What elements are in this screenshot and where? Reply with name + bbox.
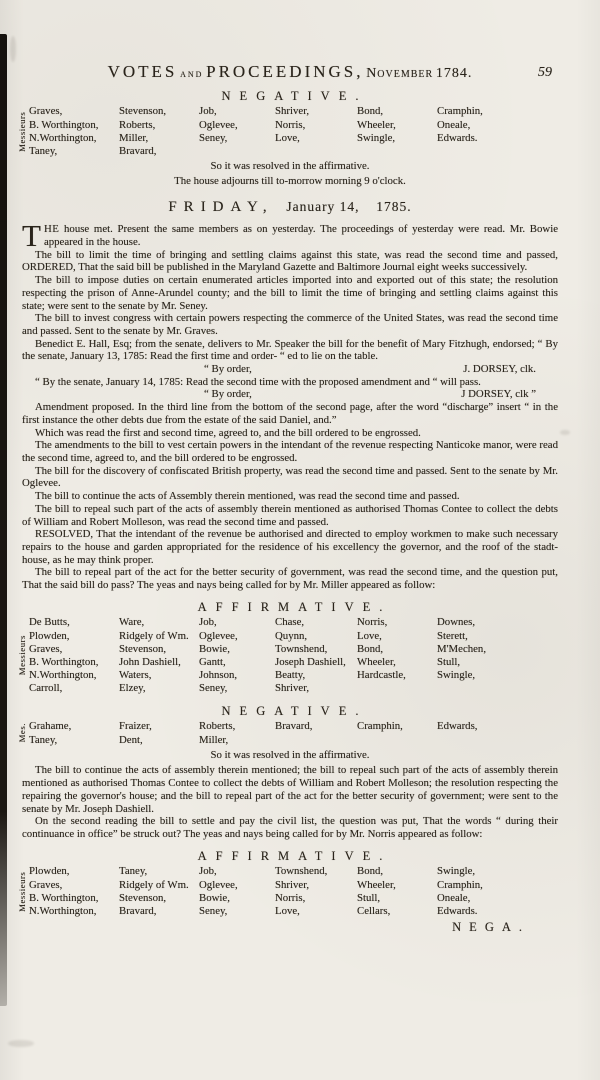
member-name: De Butts,	[29, 616, 117, 629]
page-number: 59	[538, 67, 552, 80]
day-heading: FRIDAY, January 14, 1785.	[22, 201, 558, 215]
member-name: Cramphin,	[437, 105, 558, 118]
member-name: Norris,	[357, 616, 435, 629]
member-name: Wheeler,	[357, 119, 435, 132]
clerk-signature: J DORSEY, clk ”	[461, 388, 536, 401]
member-name: Stevenson,	[119, 105, 197, 118]
member-name: Stull,	[437, 656, 558, 669]
by-order-label: “ By order,	[204, 363, 252, 376]
member-name: Townshend,	[275, 643, 355, 656]
member-name: Norris,	[275, 119, 355, 132]
member-name: Joseph Dashiell,	[275, 656, 355, 669]
paragraph: The bill to continue the acts of Assembl…	[22, 490, 558, 503]
member-name: Waters,	[119, 669, 197, 682]
running-head-and: and	[180, 68, 203, 80]
member-name: Job,	[199, 616, 273, 629]
vote-grid: Grahame,Fraizer,Roberts,Bravard,Cramphin…	[29, 720, 558, 746]
member-name: Oglevee,	[199, 879, 273, 892]
member-name: Johnson,	[199, 669, 273, 682]
member-name	[357, 734, 435, 747]
member-name: Seney,	[199, 905, 273, 918]
resolution-result: So it was resolved in the affirmative.	[22, 749, 558, 762]
member-name: Edwards,	[437, 720, 558, 733]
vote-table-affirmative-1: Messieurs De Butts,Ware,Job,Chase,Norris…	[16, 616, 558, 695]
member-name: Gantt,	[199, 656, 273, 669]
paragraph: “ By the senate, January 14, 1785: Read …	[22, 376, 558, 389]
paragraph: The bill to invest congress with certain…	[22, 312, 558, 337]
vote-table-negative-2: Mes. Grahame,Fraizer,Roberts,Bravard,Cra…	[16, 720, 558, 746]
member-name: Cellars,	[357, 905, 435, 918]
vote-table-affirmative-2: Messieurs Plowden,Taney,Job,Townshend,Bo…	[16, 865, 558, 918]
paragraph: The bill for the discovery of confiscate…	[22, 465, 558, 490]
member-name: Sterett,	[437, 630, 558, 643]
scanned-document-page: VOTES and PROCEEDINGS, November 1784. 59…	[0, 0, 600, 1080]
paragraph: The bill to limit the time of bringing a…	[22, 249, 558, 274]
member-name: Bravard,	[119, 905, 197, 918]
member-name: Graves,	[29, 879, 117, 892]
member-name: Edwards.	[437, 905, 558, 918]
paragraph: The bill to continue the acts of assembl…	[22, 764, 558, 815]
by-order-line: “ By order, J. DORSEY, clk.	[22, 363, 558, 376]
member-name: Wheeler,	[357, 879, 435, 892]
member-name: John Dashiell,	[119, 656, 197, 669]
member-name	[199, 145, 273, 158]
running-head-proceedings: PROCEEDINGS,	[206, 62, 363, 81]
vote-grid: Plowden,Taney,Job,Townshend,Bond,Swingle…	[29, 865, 558, 918]
member-name: M'Mechen,	[437, 643, 558, 656]
section-heading-affirmative: AFFIRMATIVE.	[22, 601, 558, 614]
running-head-month: November	[366, 66, 433, 81]
paragraph: The bill to impose duties on certain enu…	[22, 274, 558, 312]
paragraph: The bill to repeal part of the act for t…	[22, 566, 558, 591]
section-heading-negative: NEGATIVE.	[22, 705, 558, 718]
member-name	[437, 682, 558, 695]
member-name: Graves,	[29, 105, 117, 118]
member-name: Stevenson,	[119, 643, 197, 656]
member-name: Roberts,	[199, 720, 273, 733]
member-name: Job,	[199, 865, 273, 878]
resolution-result: So it was resolved in the affirmative.	[22, 160, 558, 173]
member-name: Bravard,	[119, 145, 197, 158]
member-name: Downes,	[437, 616, 558, 629]
member-name: Taney,	[119, 865, 197, 878]
member-name: Ridgely of Wm.	[119, 879, 197, 892]
member-name	[437, 734, 558, 747]
member-name: Bond,	[357, 865, 435, 878]
member-name: Roberts,	[119, 119, 197, 132]
messieurs-label: Messieurs	[16, 616, 29, 695]
member-name: Oglevee,	[199, 630, 273, 643]
by-order-line: “ By order, J DORSEY, clk ”	[22, 388, 558, 401]
member-name: Love,	[275, 905, 355, 918]
member-name: Ridgely of Wm.	[119, 630, 197, 643]
member-name: Oglevee,	[199, 119, 273, 132]
paragraph: Which was read the first and second time…	[22, 427, 558, 440]
member-name: Elzey,	[119, 682, 197, 695]
member-name: Graves,	[29, 643, 117, 656]
running-head: VOTES and PROCEEDINGS, November 1784. 59	[22, 66, 558, 81]
paragraph: RESOLVED, That the intendant of the reve…	[22, 528, 558, 566]
clerk-signature: J. DORSEY, clk.	[463, 363, 536, 376]
section-heading-negative: NEGATIVE.	[22, 90, 558, 103]
messieurs-label: Messieurs	[16, 105, 29, 158]
member-name: B. Worthington,	[29, 656, 117, 669]
vote-grid: Graves,Stevenson,Job,Shriver,Bond,Cramph…	[29, 105, 558, 158]
member-name: Bond,	[357, 643, 435, 656]
vote-grid: De Butts,Ware,Job,Chase,Norris,Downes,Pl…	[29, 616, 558, 695]
opening-text: house met. Present the same members as o…	[44, 223, 558, 248]
member-name: Grahame,	[29, 720, 117, 733]
member-name	[275, 734, 355, 747]
member-name: Cramphin,	[357, 720, 435, 733]
member-name: Shriver,	[275, 682, 355, 695]
drop-cap: T	[22, 223, 44, 248]
paragraph-opening: THE house met. Present the same members …	[22, 223, 558, 248]
day-date: January 14,	[286, 199, 359, 214]
messieurs-label: Messieurs	[16, 865, 29, 918]
member-name: N.Worthington,	[29, 132, 117, 145]
scan-smudge	[560, 430, 570, 435]
by-order-label: “ By order,	[204, 388, 252, 401]
member-name: Hardcastle,	[357, 669, 435, 682]
member-name: Townshend,	[275, 865, 355, 878]
paragraph: The amendments to the bill to vest certa…	[22, 439, 558, 464]
member-name: Cramphin,	[437, 879, 558, 892]
member-name: Shriver,	[275, 879, 355, 892]
member-name: Bond,	[357, 105, 435, 118]
member-name: Stevenson,	[119, 892, 197, 905]
member-name: N.Worthington,	[29, 905, 117, 918]
member-name: Swingle,	[357, 132, 435, 145]
running-head-year: 1784.	[436, 66, 473, 81]
member-name: Job,	[199, 105, 273, 118]
member-name: Quynn,	[275, 630, 355, 643]
page-content: VOTES and PROCEEDINGS, November 1784. 59…	[22, 66, 558, 934]
member-name: Dent,	[119, 734, 197, 747]
member-name: B. Worthington,	[29, 892, 117, 905]
member-name: Plowden,	[29, 865, 117, 878]
member-name: Oneale,	[437, 119, 558, 132]
member-name: Love,	[275, 132, 355, 145]
member-name: Wheeler,	[357, 656, 435, 669]
member-name: Bravard,	[275, 720, 355, 733]
member-name: Seney,	[199, 132, 273, 145]
adjournment-line: The house adjourns till to-morrow mornin…	[22, 175, 558, 188]
member-name: Seney,	[199, 682, 273, 695]
member-name: Love,	[357, 630, 435, 643]
member-name: Carroll,	[29, 682, 117, 695]
member-name: Ware,	[119, 616, 197, 629]
paragraph: On the second reading the bill to settle…	[22, 815, 558, 840]
member-name: B. Worthington,	[29, 119, 117, 132]
member-name: Bowie,	[199, 643, 273, 656]
vote-table-negative-1: Messieurs Graves,Stevenson,Job,Shriver,B…	[16, 105, 558, 158]
paragraph: Benedict E. Hall, Esq; from the senate, …	[22, 338, 558, 363]
member-name: Fraizer,	[119, 720, 197, 733]
day-name: FRIDAY,	[168, 199, 273, 215]
member-name: Swingle,	[437, 865, 558, 878]
member-name	[357, 145, 435, 158]
member-name: Norris,	[275, 892, 355, 905]
member-name: Miller,	[119, 132, 197, 145]
member-name: Oneale,	[437, 892, 558, 905]
member-name	[437, 145, 558, 158]
scan-gutter-bar	[0, 34, 7, 1006]
member-name: Plowden,	[29, 630, 117, 643]
messieurs-label: Mes.	[16, 720, 29, 746]
paragraph: The bill to repeal such part of the acts…	[22, 503, 558, 528]
opening-lead: HE	[44, 223, 59, 235]
member-name: Stull,	[357, 892, 435, 905]
member-name: Edwards.	[437, 132, 558, 145]
catchword: NEGA.	[22, 921, 558, 934]
day-year: 1785.	[376, 199, 411, 214]
member-name: Taney,	[29, 734, 117, 747]
member-name: Chase,	[275, 616, 355, 629]
paragraph: Amendment proposed. In the third line fr…	[22, 401, 558, 426]
member-name: Taney,	[29, 145, 117, 158]
scan-smudge	[10, 36, 16, 62]
running-head-votes: VOTES	[108, 62, 178, 81]
member-name: Bowie,	[199, 892, 273, 905]
member-name	[275, 145, 355, 158]
section-heading-affirmative: AFFIRMATIVE.	[22, 850, 558, 863]
member-name: Swingle,	[437, 669, 558, 682]
member-name: Miller,	[199, 734, 273, 747]
member-name: N.Worthington,	[29, 669, 117, 682]
member-name	[357, 682, 435, 695]
scan-smudge	[8, 1040, 34, 1047]
member-name: Beatty,	[275, 669, 355, 682]
member-name: Shriver,	[275, 105, 355, 118]
